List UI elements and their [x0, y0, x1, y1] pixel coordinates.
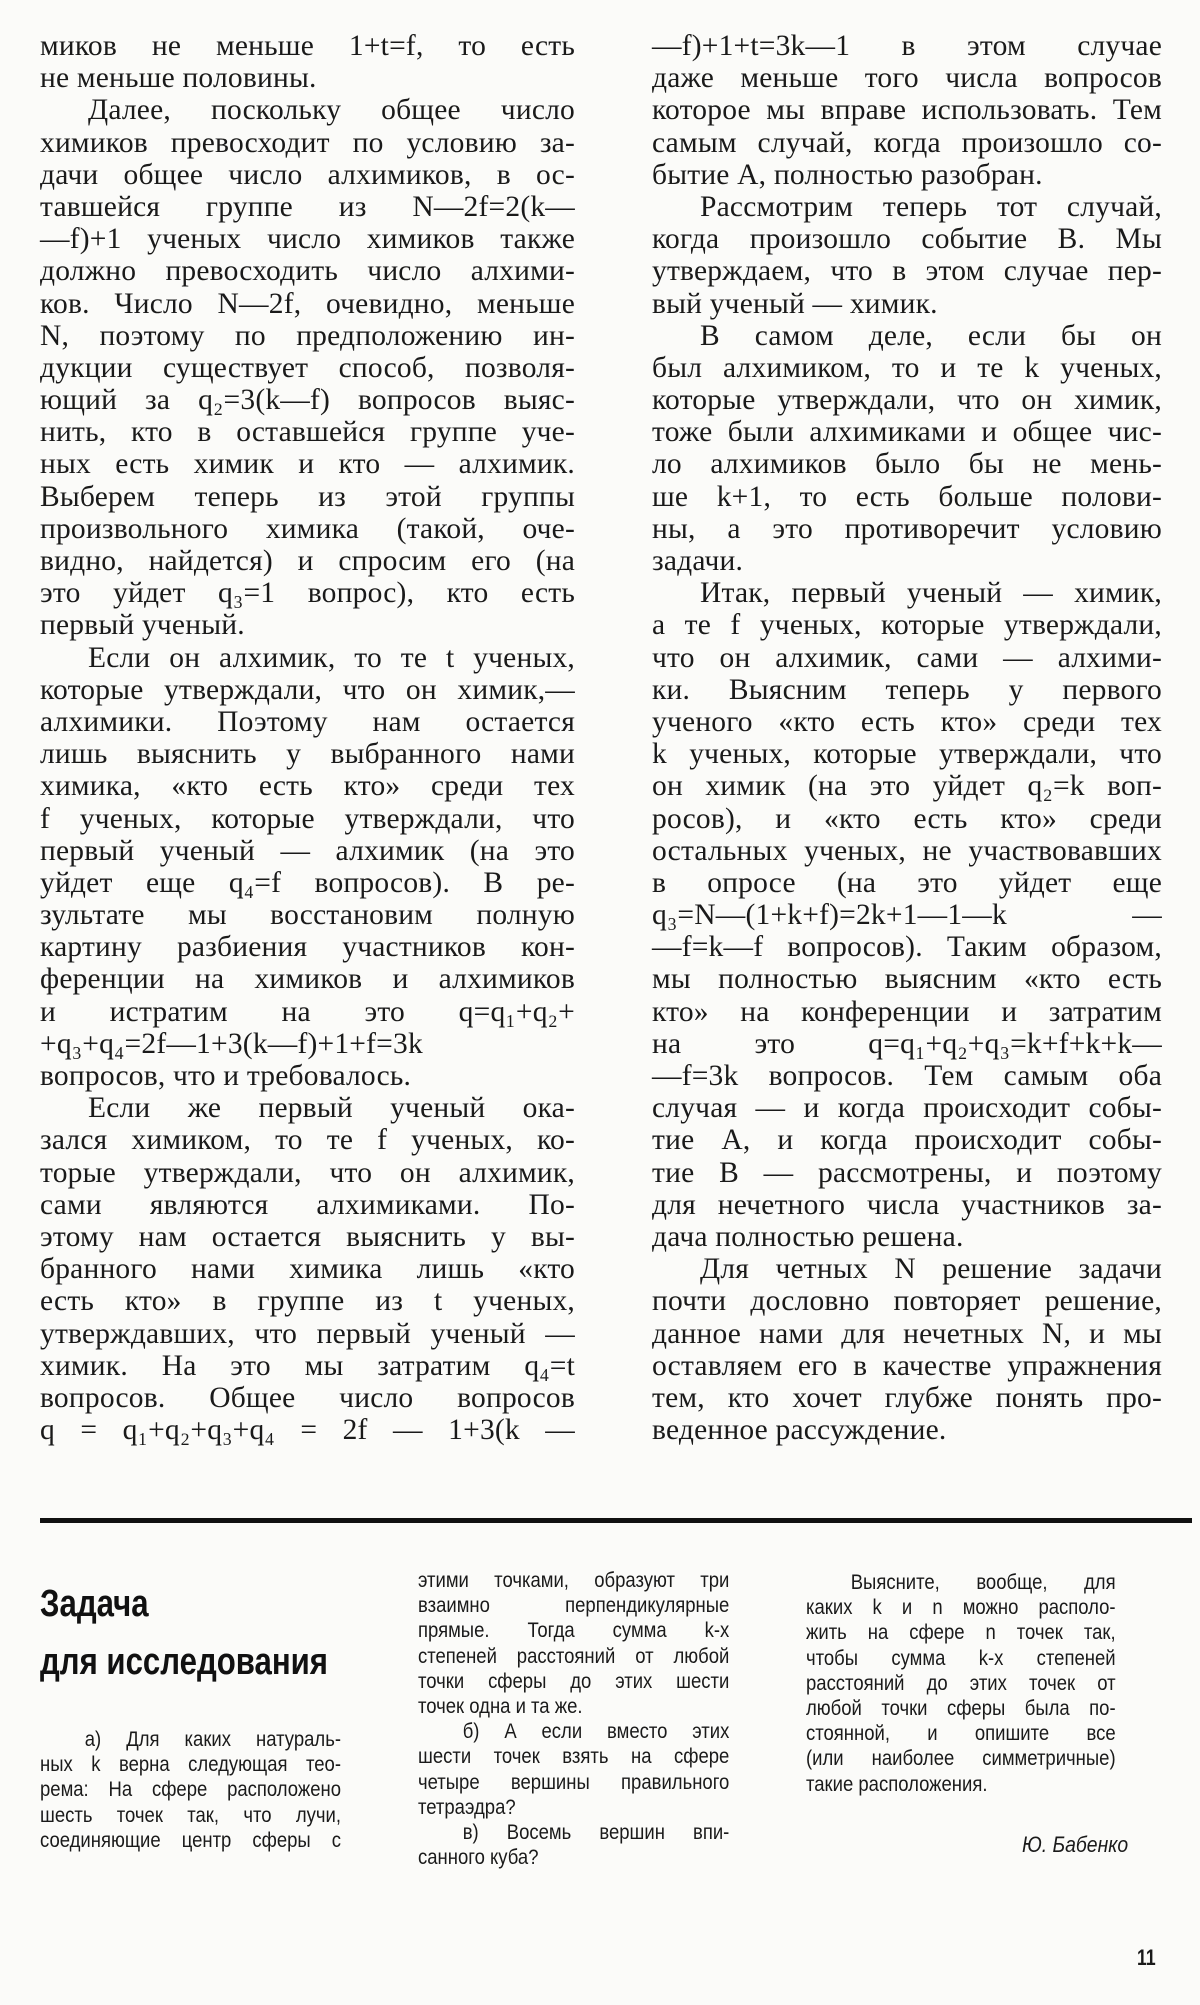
text-line: ференции на химиков и алхимиков [40, 963, 575, 995]
section-divider-rule [40, 1518, 1192, 1523]
text-line: зался химиком, то те f ученых, ко- [40, 1124, 575, 1156]
paragraph-start: Рассмотрим теперь тот случай, [652, 191, 1162, 223]
text-line: и истратим на это q=q₁+q₂+ [40, 996, 575, 1028]
text-line: первый ученый. [40, 609, 575, 641]
text-line: которые утверждали, что он химик, [652, 384, 1162, 416]
heading-line: Задача [40, 1575, 328, 1633]
text-line: тие B — рассмотрены, и поэтому [652, 1157, 1162, 1189]
text-line: f ученых, которые утверждали, что [40, 803, 575, 835]
text-line: точек одна и та же. [418, 1694, 729, 1719]
text-line: расстояний до этих точек от [806, 1671, 1116, 1696]
text-line: картину разбиения участников кон- [40, 931, 575, 963]
text-line: вый ученый — химик. [652, 288, 1162, 320]
text-line: q₃=N—(1+k+f)=2k+1—1—k — [652, 899, 1162, 931]
text-line: +q₃+q₄=2f—1+3(k—f)+1+f=3k [40, 1028, 575, 1060]
text-line: этими точками, образуют три [418, 1568, 729, 1593]
text-line: почти дословно повторяет решение, [652, 1285, 1162, 1317]
text-line: даже меньше того числа вопросов [652, 62, 1162, 94]
text-line: торые утверждали, что он алхимик, [40, 1157, 575, 1189]
text-line: ных есть химик и кто — алхимик. [40, 448, 575, 480]
paragraph-start: Если же первый ученый ока- [40, 1092, 575, 1124]
paragraph-start: В самом деле, если бы он [652, 320, 1162, 352]
text-line: нить, кто в оставшейся группе уче- [40, 416, 575, 448]
text-line: каких k и n можно располо- [806, 1595, 1116, 1620]
text-line: остальных ученых, не участвовавших [652, 835, 1162, 867]
text-line: —f)+1+t=3k—1 в этом случае [652, 30, 1162, 62]
text-line: он химик (на это уйдет q₂=k воп- [652, 770, 1162, 802]
text-line: это уйдет q₃=1 вопрос), кто есть [40, 577, 575, 609]
text-line: утверждавших, что первый ученый — [40, 1318, 575, 1350]
text-line: ки. Выясним теперь у первого [652, 674, 1162, 706]
paragraph-start: Выясните, вообще, для [806, 1570, 1116, 1595]
text-line: которые утверждали, что он химик,— [40, 674, 575, 706]
text-line: точки сферы до этих шести [418, 1669, 729, 1694]
paragraph-start: а) Для каких натураль- [40, 1727, 341, 1752]
text-line: для нечетного числа участников за- [652, 1189, 1162, 1221]
text-line: росов), и «кто есть кто» среди [652, 803, 1162, 835]
text-line: которое мы вправе использовать. Тем [652, 94, 1162, 126]
research-task-column-2: этими точками, образуют три взаимно перп… [418, 1568, 729, 1870]
text-line: четыре вершины правильного [418, 1770, 729, 1795]
text-line: вопросов. Общее число вопросов [40, 1382, 575, 1414]
text-line: алхимики. Поэтому нам остается [40, 706, 575, 738]
text-line: q = q₁+q₂+q₃+q₄ = 2f — 1+3(k — [40, 1414, 575, 1446]
text-line: веденное рассуждение. [652, 1414, 1162, 1446]
text-line: N, поэтому по предположению ин- [40, 320, 575, 352]
text-line: самым случай, когда произошло со- [652, 127, 1162, 159]
text-line: соединяющие центр сферы с [40, 1828, 341, 1853]
text-line: химик. На это мы затратим q₄=t [40, 1350, 575, 1382]
text-line: —f)+1 ученых число химиков также [40, 223, 575, 255]
text-line: ло алхимиков было бы не мень- [652, 448, 1162, 480]
paragraph-start: Далее, поскольку общее число [40, 94, 575, 126]
paragraph-start: Итак, первый ученый — химик, [652, 577, 1162, 609]
text-line: ющий за q₂=3(k—f) вопросов выяс- [40, 384, 575, 416]
text-line: ков. Число N—2f, очевидно, меньше [40, 288, 575, 320]
text-line: прямые. Тогда сумма k-х [418, 1618, 729, 1643]
text-line: Выберем теперь из этой группы [40, 481, 575, 513]
text-line: (или наиболее симметричные) [806, 1746, 1116, 1771]
text-line: химика, «кто есть кто» среди тех [40, 770, 575, 802]
text-line: степеней расстояний от любой [418, 1644, 729, 1669]
text-line: химиков превосходит по условию за- [40, 127, 575, 159]
text-line: любой точки сферы была по- [806, 1696, 1116, 1721]
text-line: произвольного химика (такой, оче- [40, 513, 575, 545]
text-line: на это q=q₁+q₂+q₃=k+f+k+k— [652, 1028, 1162, 1060]
author-signature: Ю. Бабенко [1022, 1832, 1128, 1858]
article-right-column: —f)+1+t=3k—1 в этом случае даже меньше т… [652, 30, 1162, 1446]
text-line: чтобы сумма k-х степеней [806, 1646, 1116, 1671]
text-line: шесть точек так, что лучи, [40, 1803, 341, 1828]
text-line: такие расположения. [806, 1772, 1116, 1797]
text-line: рема: На сфере расположено [40, 1777, 341, 1802]
text-line: дукции существует способ, позволя- [40, 352, 575, 384]
text-line: k ученых, которые утверждали, что [652, 738, 1162, 770]
text-line: стоянной, и опишите все [806, 1721, 1116, 1746]
text-line: дача полностью решена. [652, 1221, 1162, 1253]
text-line: в опросе (на это уйдет еще [652, 867, 1162, 899]
text-line: тавшейся группе из N—2f=2(k— [40, 191, 575, 223]
paragraph-start: в) Восемь вершин впи- [418, 1820, 729, 1845]
text-line: мы полностью выясним «кто есть [652, 963, 1162, 995]
text-line: был алхимиком, то и те k ученых, [652, 352, 1162, 384]
text-line: тем, кто хочет глубже понять про- [652, 1382, 1162, 1414]
text-line: бранного нами химика лишь «кто [40, 1253, 575, 1285]
text-line: ных k верна следующая тео- [40, 1752, 341, 1777]
text-line: оставляем его в качестве упражнения [652, 1350, 1162, 1382]
text-line: когда произошло событие B. Мы [652, 223, 1162, 255]
text-line: лишь выяснить у выбранного нами [40, 738, 575, 770]
text-line: а те f ученых, которые утверждали, [652, 609, 1162, 641]
text-line: зультате мы восстановим полную [40, 899, 575, 931]
text-line: не меньше половины. [40, 62, 575, 94]
text-line: кто» на конференции и затратим [652, 996, 1162, 1028]
text-line: этому нам остается выяснить у вы- [40, 1221, 575, 1253]
text-line: вопросов, что и требовалось. [40, 1060, 575, 1092]
text-line: сами являются алхимиками. По- [40, 1189, 575, 1221]
text-line: ше k+1, то есть больше полови- [652, 481, 1162, 513]
paragraph-start: б) А если вместо этих [418, 1719, 729, 1744]
text-line: ны, а это противоречит условию [652, 513, 1162, 545]
text-line: задачи. [652, 545, 1162, 577]
text-line: —f=3k вопросов. Тем самым оба [652, 1060, 1162, 1092]
text-line: взаимно перпендикулярные [418, 1593, 729, 1618]
text-line: должно превосходить число алхими- [40, 255, 575, 287]
text-line: шести точек взять на сфере [418, 1744, 729, 1769]
text-line: жить на сфере n точек так, [806, 1620, 1116, 1645]
text-line: что он алхимик, сами — алхими- [652, 642, 1162, 674]
text-line: тетраэдра? [418, 1795, 729, 1820]
heading-line: для исследования [40, 1633, 328, 1691]
text-line: ученого «кто есть кто» среди тех [652, 706, 1162, 738]
text-line: санного куба? [418, 1845, 729, 1870]
text-line: уйдет еще q₄=f вопросов). В ре- [40, 867, 575, 899]
text-line: бытие A, полностью разобран. [652, 159, 1162, 191]
text-line: дачи общее число алхимиков, в ос- [40, 159, 575, 191]
text-line: —f=k—f вопросов). Таким образом, [652, 931, 1162, 963]
text-line: есть кто» в группе из t ученых, [40, 1285, 575, 1317]
article-left-column: миков не меньше 1+t=f, то есть не меньше… [40, 30, 575, 1446]
text-line: тие A, и когда происходит собы- [652, 1124, 1162, 1156]
text-line: данное нами для нечетных N, и мы [652, 1318, 1162, 1350]
paragraph-start: Для четных N решение задачи [652, 1253, 1162, 1285]
research-task-column-1: а) Для каких натураль- ных k верна следу… [40, 1727, 341, 1853]
text-line: тоже были алхимиками и общее чис- [652, 416, 1162, 448]
text-line: утверждаем, что в этом случае пер- [652, 255, 1162, 287]
paragraph-start: Если он алхимик, то те t ученых, [40, 642, 575, 674]
page-number: 11 [1137, 1945, 1156, 1971]
research-task-heading: Задача для исследования [40, 1575, 328, 1691]
text-line: случая — и когда происходит собы- [652, 1092, 1162, 1124]
text-line: первый ученый — алхимик (на это [40, 835, 575, 867]
text-line: миков не меньше 1+t=f, то есть [40, 30, 575, 62]
text-line: видно, найдется) и спросим его (на [40, 545, 575, 577]
research-task-column-3: Выясните, вообще, для каких k и n можно … [806, 1570, 1116, 1797]
